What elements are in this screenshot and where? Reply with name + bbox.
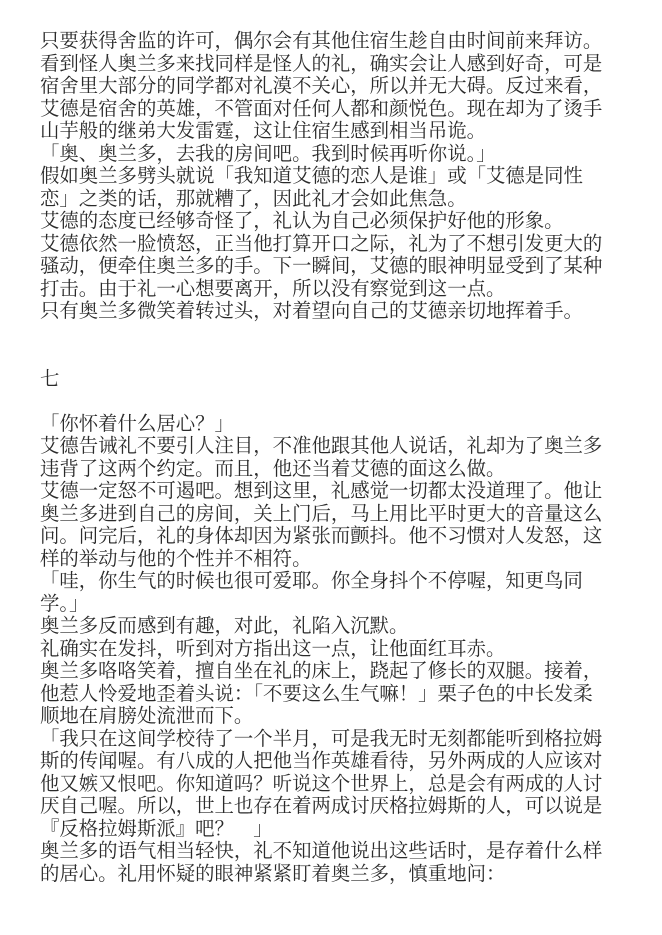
text-line: 骚动，便牵住奥兰多的手。下一瞬间，艾德的眼神明显受到了某种 xyxy=(40,256,634,279)
blank-line xyxy=(40,324,634,347)
text-line: 顺地在肩膀处流泄而下。 xyxy=(40,706,634,729)
text-line: 他惹人怜爱地歪着头说：「不要这么生气嘛！」栗子色的中长发柔 xyxy=(40,684,634,707)
text-line: 『反格拉姆斯派』吧？ 」 xyxy=(40,819,634,842)
text-line: 样的举动与他的个性并不相符。 xyxy=(40,549,634,572)
text-line: 奥兰多反而感到有趣，对此，礼陷入沉默。 xyxy=(40,616,634,639)
page-text: 只要获得舍监的许可，偶尔会有其他住宿生趁自由时间前来拜访。看到怪人奥兰多来找同样… xyxy=(40,31,634,886)
text-line: 宿舍里大部分的同学都对礼漠不关心，所以并无大碍。反过来看， xyxy=(40,76,634,99)
text-line: 的居心。礼用怀疑的眼神紧紧盯着奥兰多，慎重地问： xyxy=(40,864,634,887)
blank-line xyxy=(40,391,634,414)
text-line: 斯的传闻喔。有八成的人把他当作英雄看待，另外两成的人应该对 xyxy=(40,751,634,774)
chapter-heading: 七 xyxy=(40,369,634,392)
blank-line xyxy=(40,346,634,369)
text-line: 违背了这两个约定。而且，他还当着艾德的面这么做。 xyxy=(40,459,634,482)
ebook-page: 只要获得舍监的许可，偶尔会有其他住宿生趁自由时间前来拜访。看到怪人奥兰多来找同样… xyxy=(0,0,662,935)
text-line: 恋」之类的话，那就糟了，因此礼才会如此焦急。 xyxy=(40,189,634,212)
text-line: 艾德是宿舍的英雄，不管面对任何人都和颜悦色。现在却为了烫手 xyxy=(40,99,634,122)
text-line: 「哇，你生气的时候也很可爱耶。你全身抖个不停喔，知更鸟同 xyxy=(40,571,634,594)
text-line: 只有奥兰多微笑着转过头，对着望向自己的艾德亲切地挥着手。 xyxy=(40,301,634,324)
text-line: 奥兰多的语气相当轻快，礼不知道他说出这些话时，是存着什么样 xyxy=(40,841,634,864)
text-line: 「我只在这间学校待了一个半月，可是我无时无刻都能听到格拉姆 xyxy=(40,729,634,752)
text-line: 艾德一定怒不可遏吧。想到这里，礼感觉一切都太没道理了。他让 xyxy=(40,481,634,504)
text-line: 「你怀着什么居心？」 xyxy=(40,414,634,437)
text-line: 打击。由于礼一心想要离开，所以没有察觉到这一点。 xyxy=(40,279,634,302)
text-line: 看到怪人奥兰多来找同样是怪人的礼，确实会让人感到好奇，可是 xyxy=(40,54,634,77)
text-line: 艾德告诫礼不要引人注目，不准他跟其他人说话，礼却为了奥兰多 xyxy=(40,436,634,459)
text-line: 只要获得舍监的许可，偶尔会有其他住宿生趁自由时间前来拜访。 xyxy=(40,31,634,54)
text-line: 艾德的态度已经够奇怪了，礼认为自己必须保护好他的形象。 xyxy=(40,211,634,234)
text-line: 艾德依然一脸愤怒，正当他打算开口之际，礼为了不想引发更大的 xyxy=(40,234,634,257)
text-line: 假如奥兰多劈头就说「我知道艾德的恋人是谁」或「艾德是同性 xyxy=(40,166,634,189)
text-line: 学。」 xyxy=(40,594,634,617)
text-line: 奥兰多进到自己的房间，关上门后，马上用比平时更大的音量这么 xyxy=(40,504,634,527)
text-line: 山芋般的继弟大发雷霆，这让住宿生感到相当吊诡。 xyxy=(40,121,634,144)
text-line: 「奥、奥兰多，去我的房间吧。我到时候再听你说。」 xyxy=(40,144,634,167)
text-line: 他又嫉又恨吧。你知道吗？听说这个世界上，总是会有两成的人讨 xyxy=(40,774,634,797)
text-line: 厌自己喔。所以，世上也存在着两成讨厌格拉姆斯的人，可以说是 xyxy=(40,796,634,819)
text-line: 问。问完后，礼的身体却因为紧张而颤抖。他不习惯对人发怒，这 xyxy=(40,526,634,549)
text-line: 礼确实在发抖，听到对方指出这一点，让他面红耳赤。 xyxy=(40,639,634,662)
text-line: 奥兰多咯咯笑着，擅自坐在礼的床上，跷起了修长的双腿。接着， xyxy=(40,661,634,684)
